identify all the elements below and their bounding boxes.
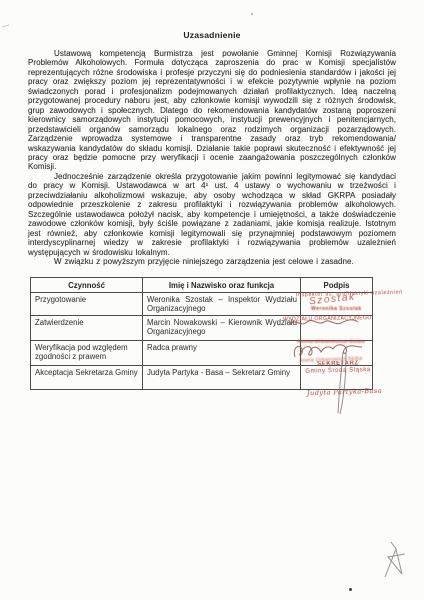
table-header-row: Czynność Imię i Nazwisko oraz funkcja Po… <box>31 278 373 293</box>
scan-smudge-left <box>2 25 9 27</box>
table-row: Przygotowanie Weronika Szostak – Inspekt… <box>31 293 373 316</box>
header-name-function: Imię i Nazwisko oraz funkcja <box>143 278 301 293</box>
table-row: Weryfikacja pod względem zgodności z pra… <box>31 341 373 366</box>
row3-signature-cell <box>301 341 373 366</box>
row4-activity: Akceptacja Sekretarza Gminy <box>31 366 143 390</box>
paragraph-2: Jednocześnie zarządzenie określa przygot… <box>28 172 396 257</box>
row2-person: Marcin Nowakowski – Kierownik Wydziału O… <box>143 316 301 341</box>
row2-signature-cell <box>301 316 373 341</box>
paragraph-1: Ustawową kompetencją Burmistrza jest pow… <box>28 49 396 172</box>
document-body: Uzasadnienie Ustawową kompetencją Burmis… <box>28 30 396 390</box>
row1-signature-cell <box>301 293 373 316</box>
document-title: Uzasadnienie <box>28 30 396 40</box>
header-activity: Czynność <box>31 278 143 293</box>
row4-person: Judyta Partyka - Basa – Sekretarz Gminy <box>143 366 301 390</box>
row4-signature-cell <box>301 366 373 390</box>
row3-activity: Weryfikacja pod względem zgodności z pra… <box>31 341 143 366</box>
approval-table: Czynność Imię i Nazwisko oraz funkcja Po… <box>30 277 373 390</box>
header-signature: Podpis <box>301 278 373 293</box>
scan-speck-bottom <box>349 588 352 591</box>
table-row: Akceptacja Sekretarza Gminy Judyta Party… <box>31 366 373 390</box>
row1-activity: Przygotowanie <box>31 293 143 316</box>
paraph-mark <box>385 542 405 577</box>
row2-activity: Zatwierdzenie <box>31 316 143 341</box>
row3-person: Radca prawny <box>143 341 301 366</box>
paragraph-3: W związku z powyższym przyjęcie niniejsz… <box>28 257 396 266</box>
row1-person: Weronika Szostak – Inspektor Wydziału Or… <box>143 293 301 316</box>
scan-speck-top <box>251 13 253 15</box>
scanned-document-page: Uzasadnienie Ustawową kompetencją Burmis… <box>0 0 424 600</box>
table-row: Zatwierdzenie Marcin Nowakowski – Kierow… <box>31 316 373 341</box>
